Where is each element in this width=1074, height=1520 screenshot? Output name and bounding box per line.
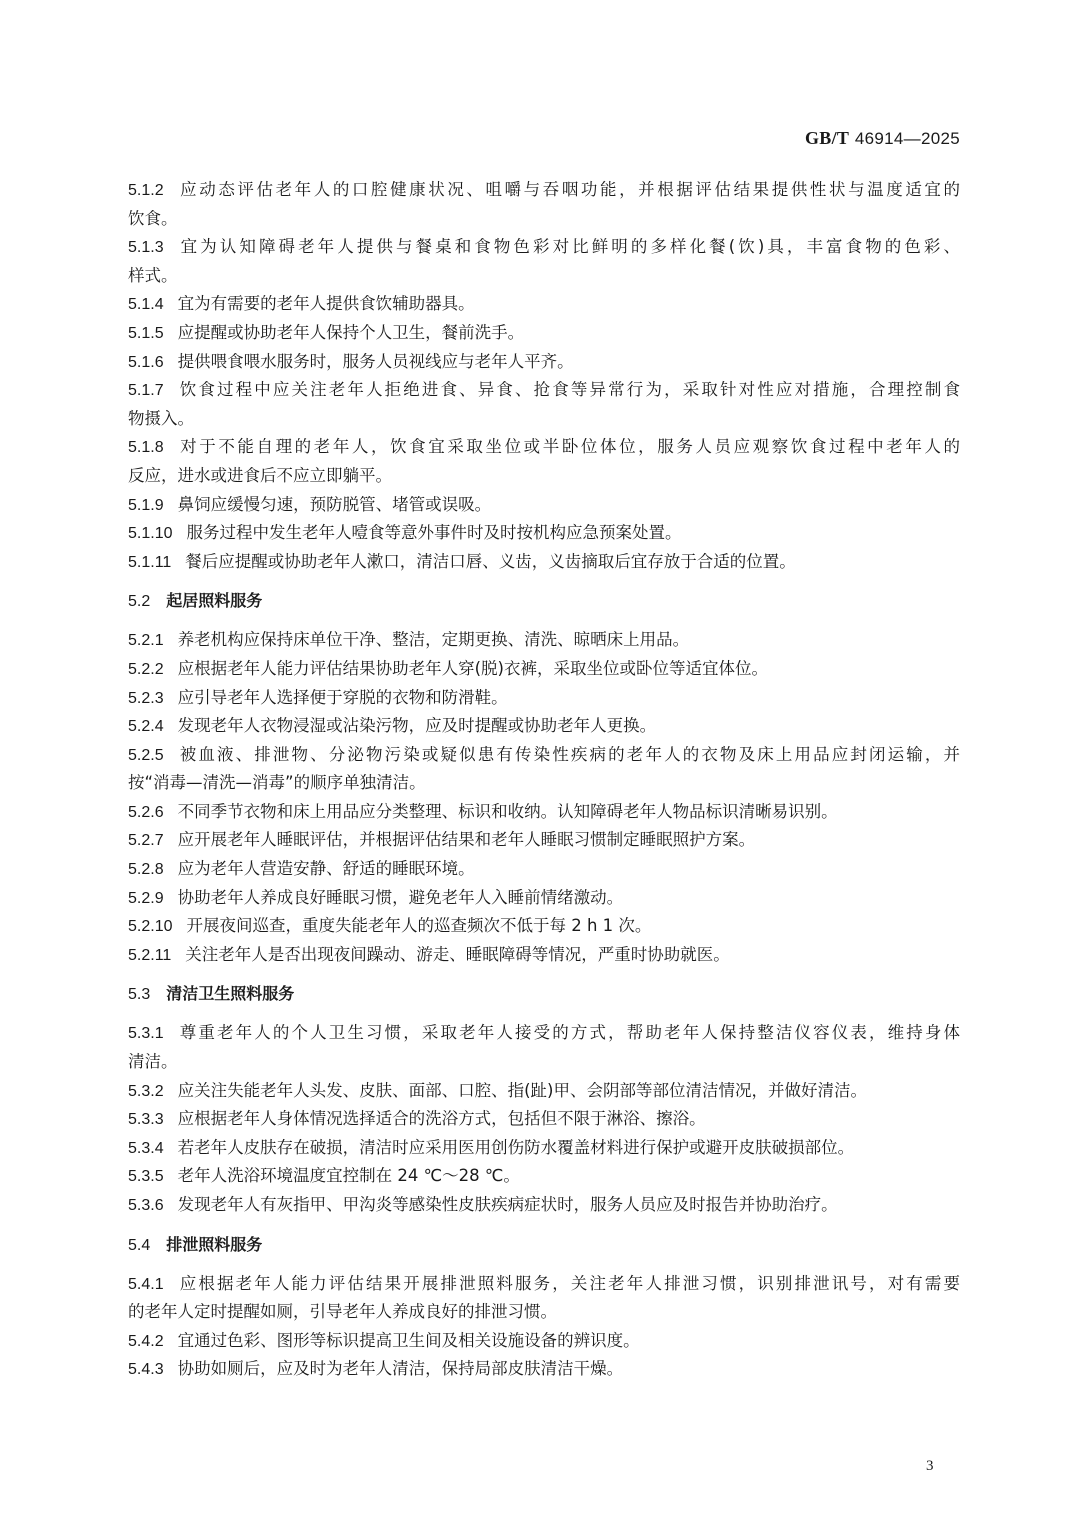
clause-text: 应根据老年人身体情况选择适合的洗浴方式，包括但不限于淋浴、擦浴。 [178, 1109, 706, 1128]
section-title: 起居照料服务 [166, 591, 262, 610]
clause-line: 5.1.5应提醒或协助老年人保持个人卫生，餐前洗手。 [128, 319, 960, 348]
clause-text: 应提醒或协助老年人保持个人卫生，餐前洗手。 [178, 323, 525, 342]
clause-number: 5.2.3 [128, 685, 164, 714]
clause-line: 5.2.3应引导老年人选择便于穿脱的衣物和防滑鞋。 [128, 684, 960, 713]
clause-number: 5.2.4 [128, 713, 164, 742]
clause-continuation: 饮食。 [128, 205, 960, 234]
clause-text: 关注老年人是否出现夜间躁动、游走、睡眠障碍等情况，严重时协助就医。 [185, 945, 730, 964]
section-number: 5.3 [128, 982, 150, 1008]
clause-continuation: 按“消毒—清洗—消毒”的顺序单独清洁。 [128, 769, 960, 798]
clause-line: 5.2.11关注老年人是否出现夜间躁动、游走、睡眠障碍等情况，严重时协助就医。 [128, 941, 960, 970]
clause-line: 5.2.8应为老年人营造安静、舒适的睡眠环境。 [128, 855, 960, 884]
clause-number: 5.2.1 [128, 627, 164, 656]
clause-line: 5.1.8对于不能自理的老年人，饮食宜采取坐位或半卧位体位，服务人员应观察饮食过… [128, 433, 960, 462]
clause-text: 应引导老年人选择便于穿脱的衣物和防滑鞋。 [178, 688, 508, 707]
clause-line: 5.3.6发现老年人有灰指甲、甲沟炎等感染性皮肤疾病症状时，服务人员应及时报告并… [128, 1191, 960, 1220]
clause-number: 5.2.5 [128, 742, 164, 771]
section-number: 5.4 [128, 1233, 150, 1259]
clause-number: 5.2.11 [128, 942, 171, 971]
clause-line: 5.3.2应关注失能老年人头发、皮肤、面部、口腔、指(趾)甲、会阴部等部位清洁情… [128, 1077, 960, 1106]
clause-text: 对于不能自理的老年人，饮食宜采取坐位或半卧位体位，服务人员应观察饮食过程中老年人… [178, 437, 960, 456]
clause-number: 5.1.5 [128, 320, 164, 349]
clause-text: 饮食。 [128, 209, 178, 228]
clause-number: 5.1.6 [128, 349, 164, 378]
section-heading: 5.3清洁卫生照料服务 [128, 981, 960, 1007]
document-body: 5.1.2应动态评估老年人的口腔健康状况、咀嚼与吞咽功能，并根据评估结果提供性状… [128, 176, 960, 1384]
clause-line: 5.3.4若老年人皮肤存在破损，清洁时应采用医用创伤防水覆盖材料进行保护或避开皮… [128, 1134, 960, 1163]
clause-number: 5.4.1 [128, 1271, 164, 1300]
clause-line: 5.2.4发现老年人衣物浸湿或沾染污物，应及时提醒或协助老年人更换。 [128, 712, 960, 741]
clause-text: 应为老年人营造安静、舒适的睡眠环境。 [178, 859, 475, 878]
clause-text: 物摄入。 [128, 409, 194, 428]
clause-text: 被血液、排泄物、分泌物污染或疑似患有传染性疾病的老年人的衣物及床上用品应封闭运输… [178, 745, 960, 764]
clause-continuation: 的老年人定时提醒如厕，引导老年人养成良好的排泄习惯。 [128, 1298, 960, 1327]
clause-text: 按“消毒—清洗—消毒”的顺序单独清洁。 [128, 773, 426, 792]
section-title: 排泄照料服务 [166, 1235, 262, 1254]
clause-text: 宜为有需要的老年人提供食饮辅助器具。 [178, 294, 475, 313]
clause-text: 应关注失能老年人头发、皮肤、面部、口腔、指(趾)甲、会阴部等部位清洁情况，并做好… [178, 1081, 867, 1100]
clause-number: 5.1.9 [128, 492, 164, 521]
clause-number: 5.2.6 [128, 799, 164, 828]
clause-line: 5.3.3应根据老年人身体情况选择适合的洗浴方式，包括但不限于淋浴、擦浴。 [128, 1105, 960, 1134]
clause-number: 5.3.1 [128, 1020, 164, 1049]
clause-number: 5.2.8 [128, 856, 164, 885]
clause-number: 5.1.8 [128, 434, 164, 463]
clause-text: 饮食过程中应关注老年人拒绝进食、异食、抢食等异常行为，采取针对性应对措施，合理控… [178, 380, 960, 399]
clause-line: 5.1.3宜为认知障碍老年人提供与餐桌和食物色彩对比鲜明的多样化餐(饮)具，丰富… [128, 233, 960, 262]
section-number: 5.2 [128, 589, 150, 615]
clause-text: 餐后应提醒或协助老年人漱口，清洁口唇、义齿，义齿摘取后宜存放于合适的位置。 [185, 552, 796, 571]
clause-number: 5.4.3 [128, 1356, 164, 1385]
clause-number: 5.3.5 [128, 1163, 164, 1192]
clause-line: 5.4.2宜通过色彩、图形等标识提高卫生间及相关设施设备的辨识度。 [128, 1327, 960, 1356]
clause-line: 5.1.10服务过程中发生老年人噎食等意外事件时及时按机构应急预案处置。 [128, 519, 960, 548]
clause-line: 5.1.7饮食过程中应关注老年人拒绝进食、异食、抢食等异常行为，采取针对性应对措… [128, 376, 960, 405]
clause-text: 的老年人定时提醒如厕，引导老年人养成良好的排泄习惯。 [128, 1302, 557, 1321]
clause-continuation: 样式。 [128, 262, 960, 291]
clause-number: 5.3.3 [128, 1106, 164, 1135]
clause-line: 5.1.11餐后应提醒或协助老年人漱口，清洁口唇、义齿，义齿摘取后宜存放于合适的… [128, 548, 960, 577]
clause-number: 5.2.10 [128, 913, 172, 942]
clause-text: 宜通过色彩、图形等标识提高卫生间及相关设施设备的辨识度。 [178, 1331, 640, 1350]
clause-text: 应开展老年人睡眠评估，并根据评估结果和老年人睡眠习惯制定睡眠照护方案。 [178, 830, 756, 849]
clause-text: 宜为认知障碍老年人提供与餐桌和食物色彩对比鲜明的多样化餐(饮)具，丰富食物的色彩… [178, 237, 960, 256]
clause-continuation: 反应，进水或进食后不应立即躺平。 [128, 462, 960, 491]
section-title: 清洁卫生照料服务 [166, 984, 294, 1003]
clause-line: 5.2.2应根据老年人能力评估结果协助老年人穿(脱)衣裤，采取坐位或卧位等适宜体… [128, 655, 960, 684]
clause-line: 5.2.6不同季节衣物和床上用品应分类整理、标识和收纳。认知障碍老年人物品标识清… [128, 798, 960, 827]
clause-continuation: 物摄入。 [128, 405, 960, 434]
clause-text: 发现老年人有灰指甲、甲沟炎等感染性皮肤疾病症状时，服务人员应及时报告并协助治疗。 [178, 1195, 838, 1214]
section-heading: 5.4排泄照料服务 [128, 1232, 960, 1258]
clause-number: 5.1.3 [128, 234, 164, 263]
clause-line: 5.1.2应动态评估老年人的口腔健康状况、咀嚼与吞咽功能，并根据评估结果提供性状… [128, 176, 960, 205]
clause-number: 5.2.2 [128, 656, 164, 685]
clause-text: 协助老年人养成良好睡眠习惯，避免老年人入睡前情绪激动。 [178, 888, 624, 907]
standard-prefix: GB/T [805, 128, 849, 148]
clause-continuation: 清洁。 [128, 1048, 960, 1077]
clause-text: 清洁。 [128, 1052, 178, 1071]
clause-number: 5.3.2 [128, 1078, 164, 1107]
clause-number: 5.1.11 [128, 549, 171, 578]
clause-number: 5.2.9 [128, 885, 164, 914]
clause-text: 应动态评估老年人的口腔健康状况、咀嚼与吞咽功能，并根据评估结果提供性状与温度适宜… [178, 180, 960, 199]
clause-number: 5.1.7 [128, 377, 164, 406]
clause-text: 老年人洗浴环境温度宜控制在 24 ℃～28 ℃。 [178, 1166, 520, 1185]
clause-text: 养老机构应保持床单位干净、整洁，定期更换、清洗、晾晒床上用品。 [178, 630, 690, 649]
clause-line: 5.2.9协助老年人养成良好睡眠习惯，避免老年人入睡前情绪激动。 [128, 884, 960, 913]
clause-line: 5.2.7应开展老年人睡眠评估，并根据评估结果和老年人睡眠习惯制定睡眠照护方案。 [128, 826, 960, 855]
clause-text: 反应，进水或进食后不应立即躺平。 [128, 466, 392, 485]
clause-number: 5.3.4 [128, 1135, 164, 1164]
clause-text: 服务过程中发生老年人噎食等意外事件时及时按机构应急预案处置。 [186, 523, 681, 542]
standard-number: 46914—2025 [855, 129, 960, 148]
clause-line: 5.1.4宜为有需要的老年人提供食饮辅助器具。 [128, 290, 960, 319]
clause-text: 若老年人皮肤存在破损，清洁时应采用医用创伤防水覆盖材料进行保护或避开皮肤破损部位… [178, 1138, 855, 1157]
clause-text: 开展夜间巡查，重度失能老年人的巡查频次不低于每 2 h 1 次。 [186, 916, 651, 935]
clause-line: 5.3.5老年人洗浴环境温度宜控制在 24 ℃～28 ℃。 [128, 1162, 960, 1191]
clause-line: 5.2.5被血液、排泄物、分泌物污染或疑似患有传染性疾病的老年人的衣物及床上用品… [128, 741, 960, 770]
page-number: 3 [926, 1458, 934, 1475]
clause-number: 5.3.6 [128, 1192, 164, 1221]
clause-text: 尊重老年人的个人卫生习惯，采取老年人接受的方式，帮助老年人保持整洁仪容仪表，维持… [178, 1023, 960, 1042]
clause-text: 不同季节衣物和床上用品应分类整理、标识和收纳。认知障碍老年人物品标识清晰易识别。 [178, 802, 838, 821]
clause-number: 5.1.4 [128, 291, 164, 320]
clause-text: 应根据老年人能力评估结果协助老年人穿(脱)衣裤，采取坐位或卧位等适宜体位。 [178, 659, 768, 678]
clause-text: 提供喂食喂水服务时，服务人员视线应与老年人平齐。 [178, 352, 574, 371]
clause-line: 5.1.6提供喂食喂水服务时，服务人员视线应与老年人平齐。 [128, 348, 960, 377]
clause-number: 5.1.10 [128, 520, 172, 549]
standard-code: GB/T 46914—2025 [805, 128, 960, 149]
clause-text: 发现老年人衣物浸湿或沾染污物，应及时提醒或协助老年人更换。 [178, 716, 657, 735]
clause-text: 鼻饲应缓慢匀速，预防脱管、堵管或误吸。 [178, 495, 492, 514]
clause-line: 5.2.1养老机构应保持床单位干净、整洁，定期更换、清洗、晾晒床上用品。 [128, 626, 960, 655]
clause-text: 协助如厕后，应及时为老年人清洁，保持局部皮肤清洁干燥。 [178, 1359, 624, 1378]
clause-number: 5.4.2 [128, 1328, 164, 1357]
section-heading: 5.2起居照料服务 [128, 588, 960, 614]
clause-line: 5.1.9鼻饲应缓慢匀速，预防脱管、堵管或误吸。 [128, 491, 960, 520]
clause-text: 应根据老年人能力评估结果开展排泄照料服务，关注老年人排泄习惯，识别排泄讯号，对有… [178, 1274, 960, 1293]
clause-text: 样式。 [128, 266, 178, 285]
clause-line: 5.4.3协助如厕后，应及时为老年人清洁，保持局部皮肤清洁干燥。 [128, 1355, 960, 1384]
clause-line: 5.4.1应根据老年人能力评估结果开展排泄照料服务，关注老年人排泄习惯，识别排泄… [128, 1270, 960, 1299]
clause-number: 5.1.2 [128, 177, 164, 206]
clause-number: 5.2.7 [128, 827, 164, 856]
clause-line: 5.3.1尊重老年人的个人卫生习惯，采取老年人接受的方式，帮助老年人保持整洁仪容… [128, 1019, 960, 1048]
clause-line: 5.2.10开展夜间巡查，重度失能老年人的巡查频次不低于每 2 h 1 次。 [128, 912, 960, 941]
